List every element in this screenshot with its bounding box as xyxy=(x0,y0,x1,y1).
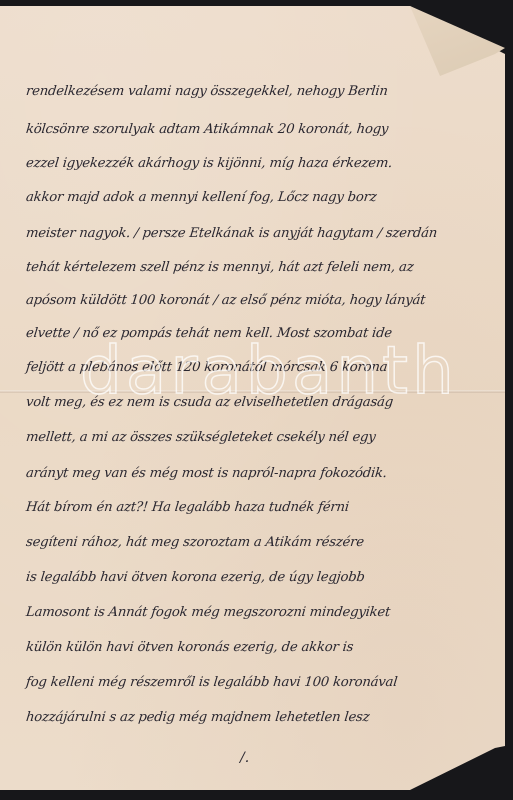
text-line: apósom küldött 100 koronát / az első pén… xyxy=(25,293,426,308)
text-line: rendelkezésem valami nagy összegekkel, n… xyxy=(25,84,388,99)
text-line: mellett, a mi az összes szükségleteket c… xyxy=(25,430,376,445)
text-line: Hát bírom én azt?! Ha legalább haza tudn… xyxy=(25,500,349,515)
text-line: feljött a plebános előtt 120 koronától m… xyxy=(25,360,388,375)
text-line: arányt meg van és még most is napról-nap… xyxy=(25,466,387,481)
page-number: /. xyxy=(240,750,249,766)
text-line: elvette / nő ez pompás tehát nem kell. M… xyxy=(25,326,392,341)
text-line: meister nagyok. / persze Etelkának is an… xyxy=(25,226,438,241)
text-line: akkor majd adok a mennyi kellení fog, Lő… xyxy=(25,190,377,205)
text-line: segíteni rához, hát meg szoroztam a Atik… xyxy=(25,535,364,550)
text-line: ezzel igyekezzék akárhogy is kijönni, mí… xyxy=(25,156,393,171)
text-line: volt meg, és ez nem is csuda az elviselh… xyxy=(25,395,394,410)
text-line: fog kelleni még részemről is legalább ha… xyxy=(25,675,398,690)
text-line: is legalább havi ötven korona ezerig, de… xyxy=(25,570,365,585)
text-line: kölcsönre szorulyak adtam Atikámnak 20 k… xyxy=(25,122,389,137)
text-line: külön külön havi ötven koronás ezerig, d… xyxy=(25,640,354,655)
text-line: tehát kértelezem szell pénz is mennyi, h… xyxy=(25,260,414,275)
handwritten-text-block: rendelkezésem valami nagy összegekkel, n… xyxy=(0,0,505,790)
text-line: hozzájárulni s az pedig még majdnem lehe… xyxy=(25,710,370,725)
text-line: Lamosont is Annát fogok még megszorozni … xyxy=(25,605,391,620)
